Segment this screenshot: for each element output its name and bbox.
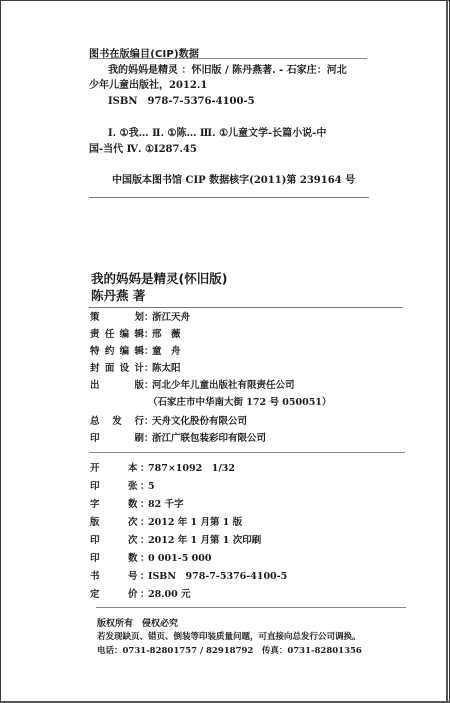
colon: ： — [144, 346, 152, 358]
credit-label: 出 版 — [90, 380, 144, 392]
spec-value: 2012 年 1 月第 1 版 — [148, 517, 242, 529]
colon: ： — [140, 553, 148, 565]
colon: ： — [140, 481, 148, 493]
cip-line-2: 少年儿童出版社，2012.1 — [89, 80, 207, 92]
colon: ： — [144, 433, 152, 445]
spec-value: 787×1092 1/32 — [148, 463, 235, 475]
credit-row-editor: 责任编辑 ： 邢 薇 — [90, 329, 181, 341]
spec-value: 28.00 元 — [148, 589, 191, 601]
spec-value: 82 千字 — [148, 499, 184, 511]
spec-row-book-number: 书 号 ： ISBN 978-7-5376-4100-5 — [90, 571, 287, 583]
spec-row-print-run: 印 数 ： 0 001-5 000 — [90, 553, 211, 565]
spec-value: ISBN 978-7-5376-4100-5 — [148, 571, 287, 583]
credit-value: 陈太阳 — [152, 363, 181, 375]
credit-label: 封面设计 — [90, 363, 144, 375]
spec-row-price: 定 价 ： 28.00 元 — [90, 589, 191, 601]
colon: ： — [144, 312, 152, 324]
credit-value: 浙江广联包装彩印有限公司 — [152, 433, 266, 445]
credits-divider — [89, 452, 405, 453]
colon: ： — [140, 589, 148, 601]
credit-label: 责任编辑 — [90, 329, 144, 341]
spec-label-b: 张 — [128, 481, 140, 493]
colon: ： — [144, 416, 152, 428]
cip-top-divider — [89, 58, 367, 59]
credit-value: 童 舟 — [152, 346, 181, 358]
spec-value: 2012 年 1 月第 1 次印刷 — [148, 535, 261, 547]
spec-value: 5 — [148, 481, 155, 493]
spec-row-edition: 版 次 ： 2012 年 1 月第 1 版 — [90, 517, 242, 529]
spec-label-a: 印 — [90, 535, 128, 547]
credit-row-publisher-address: （石家庄市中华南大街 172 号 050051） — [148, 397, 331, 409]
spec-row-sheets: 印 张 ： 5 — [90, 481, 155, 493]
spec-label-b: 本 — [128, 463, 140, 475]
colon: ： — [144, 380, 152, 392]
cip-line-1: 我的妈妈是精灵 ：怀旧版 / 陈丹燕著. - 石家庄：河北 — [108, 65, 347, 77]
copyright-notice: 版权所有 侵权必究 — [97, 616, 178, 629]
colon: ： — [140, 535, 148, 547]
colon: ： — [140, 571, 148, 583]
spec-label-b: 次 — [128, 517, 140, 529]
spec-label-b: 号 — [128, 571, 140, 583]
spec-value: 0 001-5 000 — [148, 553, 211, 565]
credit-label: 策 划 — [90, 312, 144, 324]
colon: ： — [140, 463, 148, 475]
spec-label-a: 版 — [90, 517, 128, 529]
spec-row-format: 开 本 ： 787×1092 1/32 — [90, 463, 235, 475]
credit-label: 总 发 行 — [90, 416, 144, 428]
colon: ： — [140, 499, 148, 511]
cip-class-line-1: Ⅰ. ①我… Ⅱ. ①陈… Ⅲ. ①儿童文学-长篇小说-中 — [108, 128, 326, 140]
credit-value: 邢 薇 — [152, 329, 181, 341]
title-divider — [89, 307, 403, 308]
spec-label-a: 定 — [90, 589, 128, 601]
credit-row-special-editor: 特约编辑 ： 童 舟 — [90, 346, 181, 358]
specs-divider — [96, 607, 406, 608]
credit-value: 天舟文化股份有限公司 — [152, 416, 247, 428]
credit-label: 印 刷 — [90, 433, 144, 445]
colon: ： — [140, 517, 148, 529]
page-border-right — [446, 0, 448, 703]
cip-bottom-divider — [89, 197, 369, 198]
book-title: 我的妈妈是精灵(怀旧版) — [91, 269, 227, 287]
contact-phone-fax: 电话：0731-82801757 / 82918792 传真：0731-8280… — [97, 644, 362, 656]
spec-label-a: 印 — [90, 481, 128, 493]
spec-row-printing: 印 次 ： 2012 年 1 月第 1 次印刷 — [90, 535, 261, 547]
book-author: 陈丹燕 著 — [91, 286, 145, 304]
colon: ： — [144, 329, 152, 341]
spec-row-word-count: 字 数 ： 82 千字 — [90, 499, 184, 511]
credit-value: 河北少年儿童出版社有限责任公司 — [152, 380, 295, 392]
colon: ： — [144, 363, 152, 375]
spec-label-b: 数 — [128, 553, 140, 565]
credit-row-publisher: 出 版 ： 河北少年儿童出版社有限责任公司 — [90, 380, 295, 392]
credit-value: 浙江天舟 — [152, 312, 190, 324]
spec-label-a: 开 — [90, 463, 128, 475]
credit-row-planning: 策 划 ： 浙江天舟 — [90, 312, 190, 324]
credit-label: 特约编辑 — [90, 346, 144, 358]
spec-label-b: 价 — [128, 589, 140, 601]
credit-row-cover-design: 封面设计 ： 陈太阳 — [90, 363, 181, 375]
spec-label-a: 字 — [90, 499, 128, 511]
cip-number: 中国版本图书馆 CIP 数据核字(2011)第 239164 号 — [112, 175, 355, 187]
quality-notice: 若发现缺页、错页、倒装等印装质量问题，可直接向总发行公司调换。 — [97, 630, 361, 642]
spec-label-a: 印 — [90, 553, 128, 565]
spec-label-a: 书 — [90, 571, 128, 583]
credit-row-distributor: 总 发 行 ： 天舟文化股份有限公司 — [90, 416, 247, 428]
cip-class-line-2: 国-当代 Ⅳ. ①I287.45 — [89, 144, 197, 156]
publisher-address: （石家庄市中华南大街 172 号 050051） — [148, 397, 331, 409]
cip-isbn: ISBN 978-7-5376-4100-5 — [108, 96, 255, 108]
spec-label-b: 数 — [128, 499, 140, 511]
spec-label-b: 次 — [128, 535, 140, 547]
credit-row-printer: 印 刷 ： 浙江广联包装彩印有限公司 — [90, 433, 266, 445]
